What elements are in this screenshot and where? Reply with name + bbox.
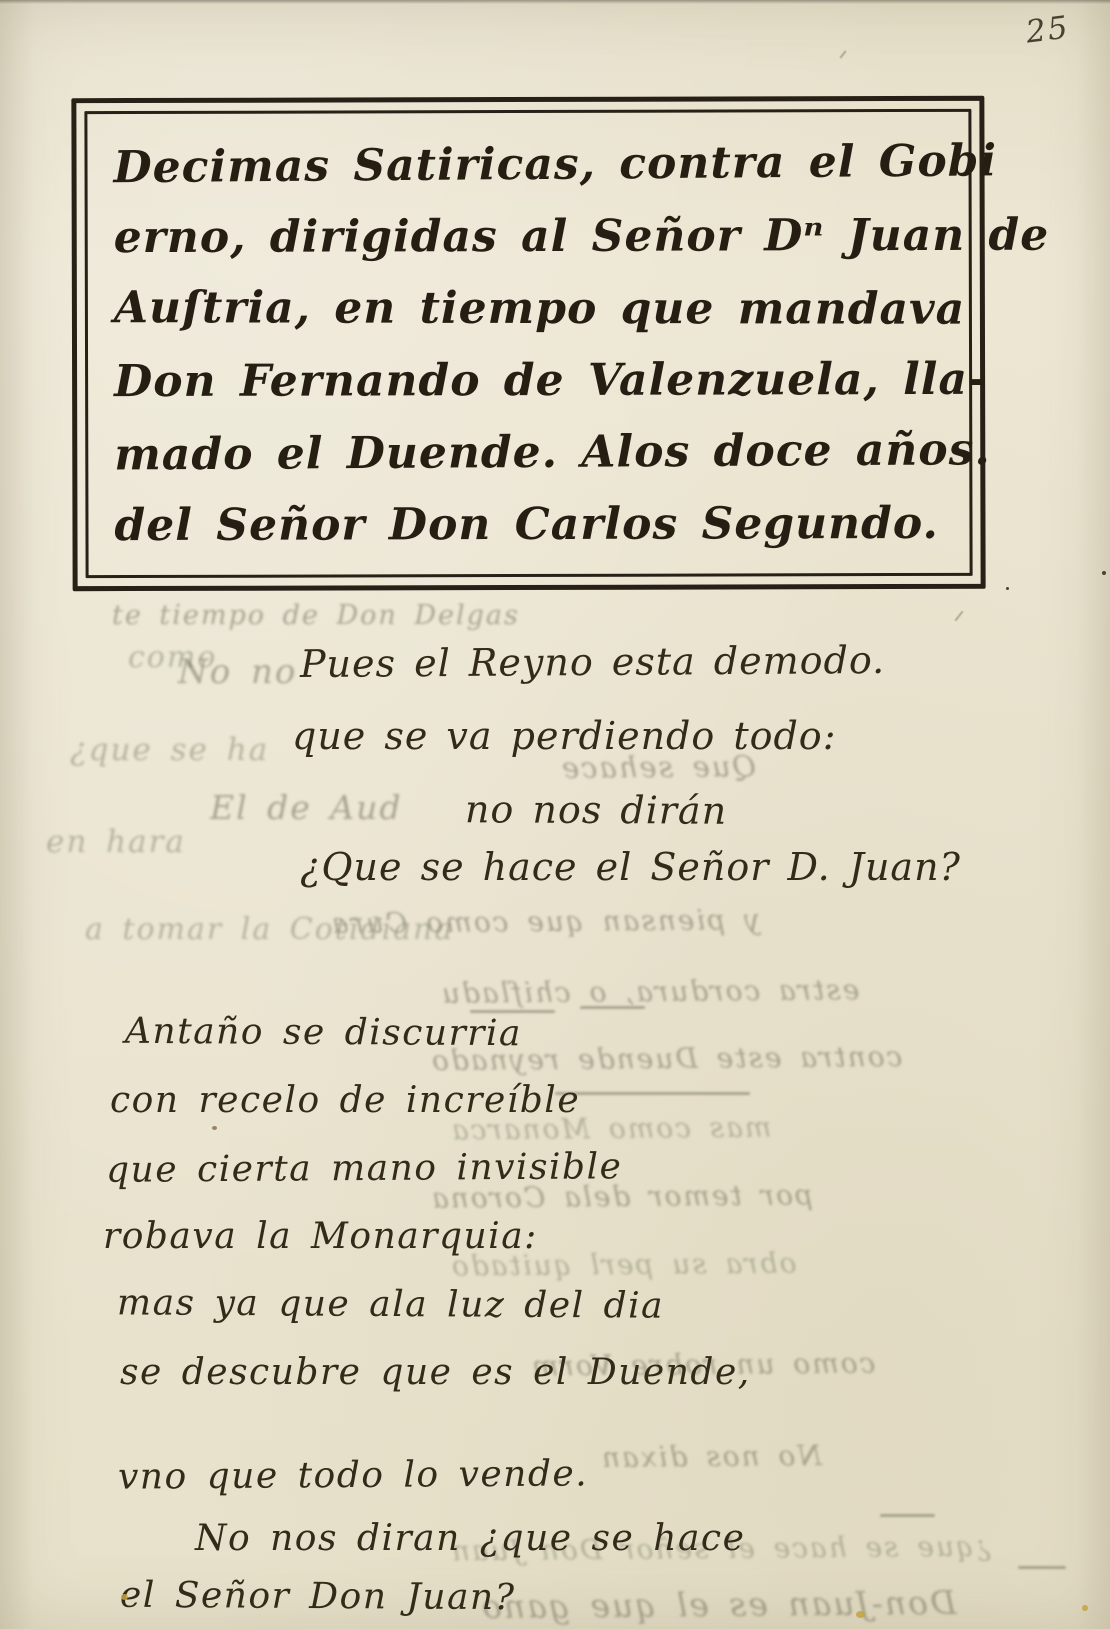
title-line: del Señor Don Carlos Segundo. — [114, 488, 959, 562]
verse-line: robava la Monarquia: — [103, 1216, 538, 1257]
bleedthrough-text: No no — [178, 652, 297, 692]
ink-speck — [1102, 571, 1106, 575]
scan-edge-shadow — [0, 0, 1110, 4]
bleedthrough-underline — [880, 1514, 935, 1517]
title-border-outer: Decimas Satiricas, contra el Gobi erno, … — [71, 96, 985, 591]
manuscript-page: 25 te tiempo de Don Delgas como No no ¿q… — [0, 0, 1110, 1629]
title-line: mado el Duende. Alos doce años. — [114, 414, 959, 491]
epigraph-line: que se va perdiendo todo: — [292, 714, 837, 758]
verse-line: Antaño se discurria — [125, 1011, 522, 1054]
verse-line: se descubre que es el Duende, — [120, 1352, 751, 1393]
title-line: erno, dirigidas al Señor Dⁿ Juan de — [114, 200, 959, 274]
verse-line: con recelo de increíble — [110, 1080, 580, 1121]
verse-line: mas ya que ala luz del dia — [117, 1282, 664, 1326]
bleedthrough-text: ¿que se ha — [70, 732, 269, 768]
foxing-speck — [856, 1611, 865, 1618]
stray-stroke — [955, 611, 964, 622]
bleedthrough-text: en hara — [46, 824, 186, 860]
epigraph-line: Pues el Reyno esta demodo. — [300, 638, 885, 686]
bleedthrough-text: No nos dixan — [600, 1439, 822, 1474]
ink-speck — [1006, 587, 1009, 590]
bleedthrough-text: estra cordura, o chifladu — [440, 973, 860, 1010]
title-line: Auſtria, en tiempo que mandava — [114, 272, 959, 345]
title-line: Decimas Satiricas, contra el Gobi — [113, 126, 959, 205]
bleedthrough-text: te tiempo de Don Delgas — [112, 600, 520, 631]
bleedthrough-underline — [1018, 1566, 1066, 1569]
verse-line: vno que todo lo vende. — [118, 1453, 588, 1497]
epigraph-line: no nos dirán — [465, 787, 727, 833]
epigraph-line: ¿Que se hace el Señor D. Juan? — [300, 845, 961, 889]
foxing-speck — [121, 1594, 128, 1600]
bleedthrough-text: El de Aud — [210, 788, 403, 827]
title-line: Don Fernando de Valenzuela, lla- — [114, 344, 959, 418]
verse-line: el Señor Don Juan? — [120, 1575, 516, 1618]
title-text: Decimas Satiricas, contra el Gobi erno, … — [113, 128, 959, 562]
bleedthrough-underline — [580, 1006, 645, 1009]
bleedthrough-text: a tomar la Cotidiana — [85, 912, 454, 947]
verse-line: No nos diran ¿que se hace — [195, 1518, 745, 1559]
bleedthrough-text: Don-Juan es el que gano — [480, 1583, 957, 1626]
page-number: 25 — [1024, 9, 1072, 50]
bleedthrough-underline — [555, 1092, 750, 1095]
ink-speck — [212, 1126, 217, 1130]
title-border-inner: Decimas Satiricas, contra el Gobi erno, … — [84, 109, 972, 578]
foxing-speck — [1082, 1605, 1088, 1611]
verse-line: que cierta mano invisible — [106, 1146, 623, 1191]
stray-stroke — [839, 50, 846, 58]
